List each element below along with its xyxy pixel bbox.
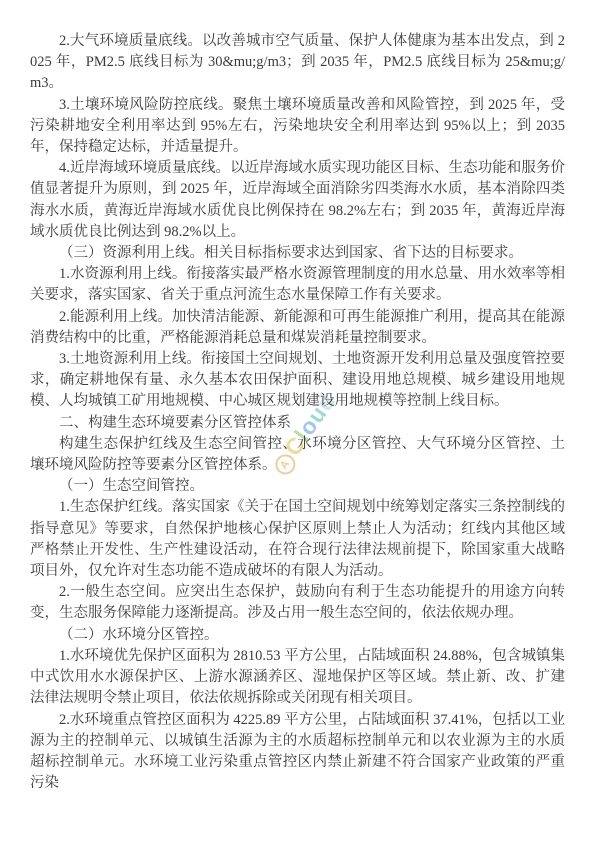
paragraph: （一）生态空间管控。	[30, 476, 565, 497]
document-body: 2.大气环境质量底线。以改善城市空气质量、保护人体健康为基本出发点，到 2025…	[30, 31, 565, 794]
paragraph: 1.水资源利用上线。衔接落实最严格水资源管理制度的用水总量、用水效率等相关要求，…	[30, 264, 565, 306]
paragraph: 二、构建生态环境要素分区管控体系	[30, 413, 565, 434]
paragraph: 2.大气环境质量底线。以改善城市空气质量、保护人体健康为基本出发点，到 2025…	[30, 31, 565, 95]
paragraph: 1.生态保护红线。落实国家《关于在国土空间规划中统筹划定落实三条控制线的指导意见…	[30, 497, 565, 582]
paragraph: （三）资源利用上线。相关目标指标要求达到国家、省下达的目标要求。	[30, 243, 565, 264]
paragraph: 4.近岸海域环境质量底线。以近岸海域水质实现功能区目标、生态功能和服务价值显著提…	[30, 158, 565, 243]
document-page: ACloud 2.大气环境质量底线。以改善城市空气质量、保护人体健康为基本出发点…	[0, 0, 595, 841]
paragraph: 2.能源利用上线。加快清洁能源、新能源和可再生能源推广利用，提高其在能源消费结构…	[30, 307, 565, 349]
paragraph: 构建生态保护红线及生态空间管控、水环境分区管控、大气环境分区管控、土壤环境风险防…	[30, 434, 565, 476]
paragraph: 3.土地资源利用上线。衔接国土空间规划、土地资源开发利用总量及强度管控要求，确定…	[30, 349, 565, 413]
paragraph: 3.土壤环境风险防控底线。聚焦土壤环境质量改善和风险管控，到 2025 年，受污…	[30, 95, 565, 159]
paragraph: 1.水环境优先保护区面积为 2810.53 平方公里，占陆域面积 24.88%，…	[30, 646, 565, 710]
paragraph: 2.一般生态空间。应突出生态保护，鼓励向有利于生态功能提升的用途方向转变，生态服…	[30, 582, 565, 624]
paragraph: 2.水环境重点管控区面积为 4225.89 平方公里，占陆域面积 37.41%，…	[30, 710, 565, 795]
paragraph: （二）水环境分区管控。	[30, 625, 565, 646]
